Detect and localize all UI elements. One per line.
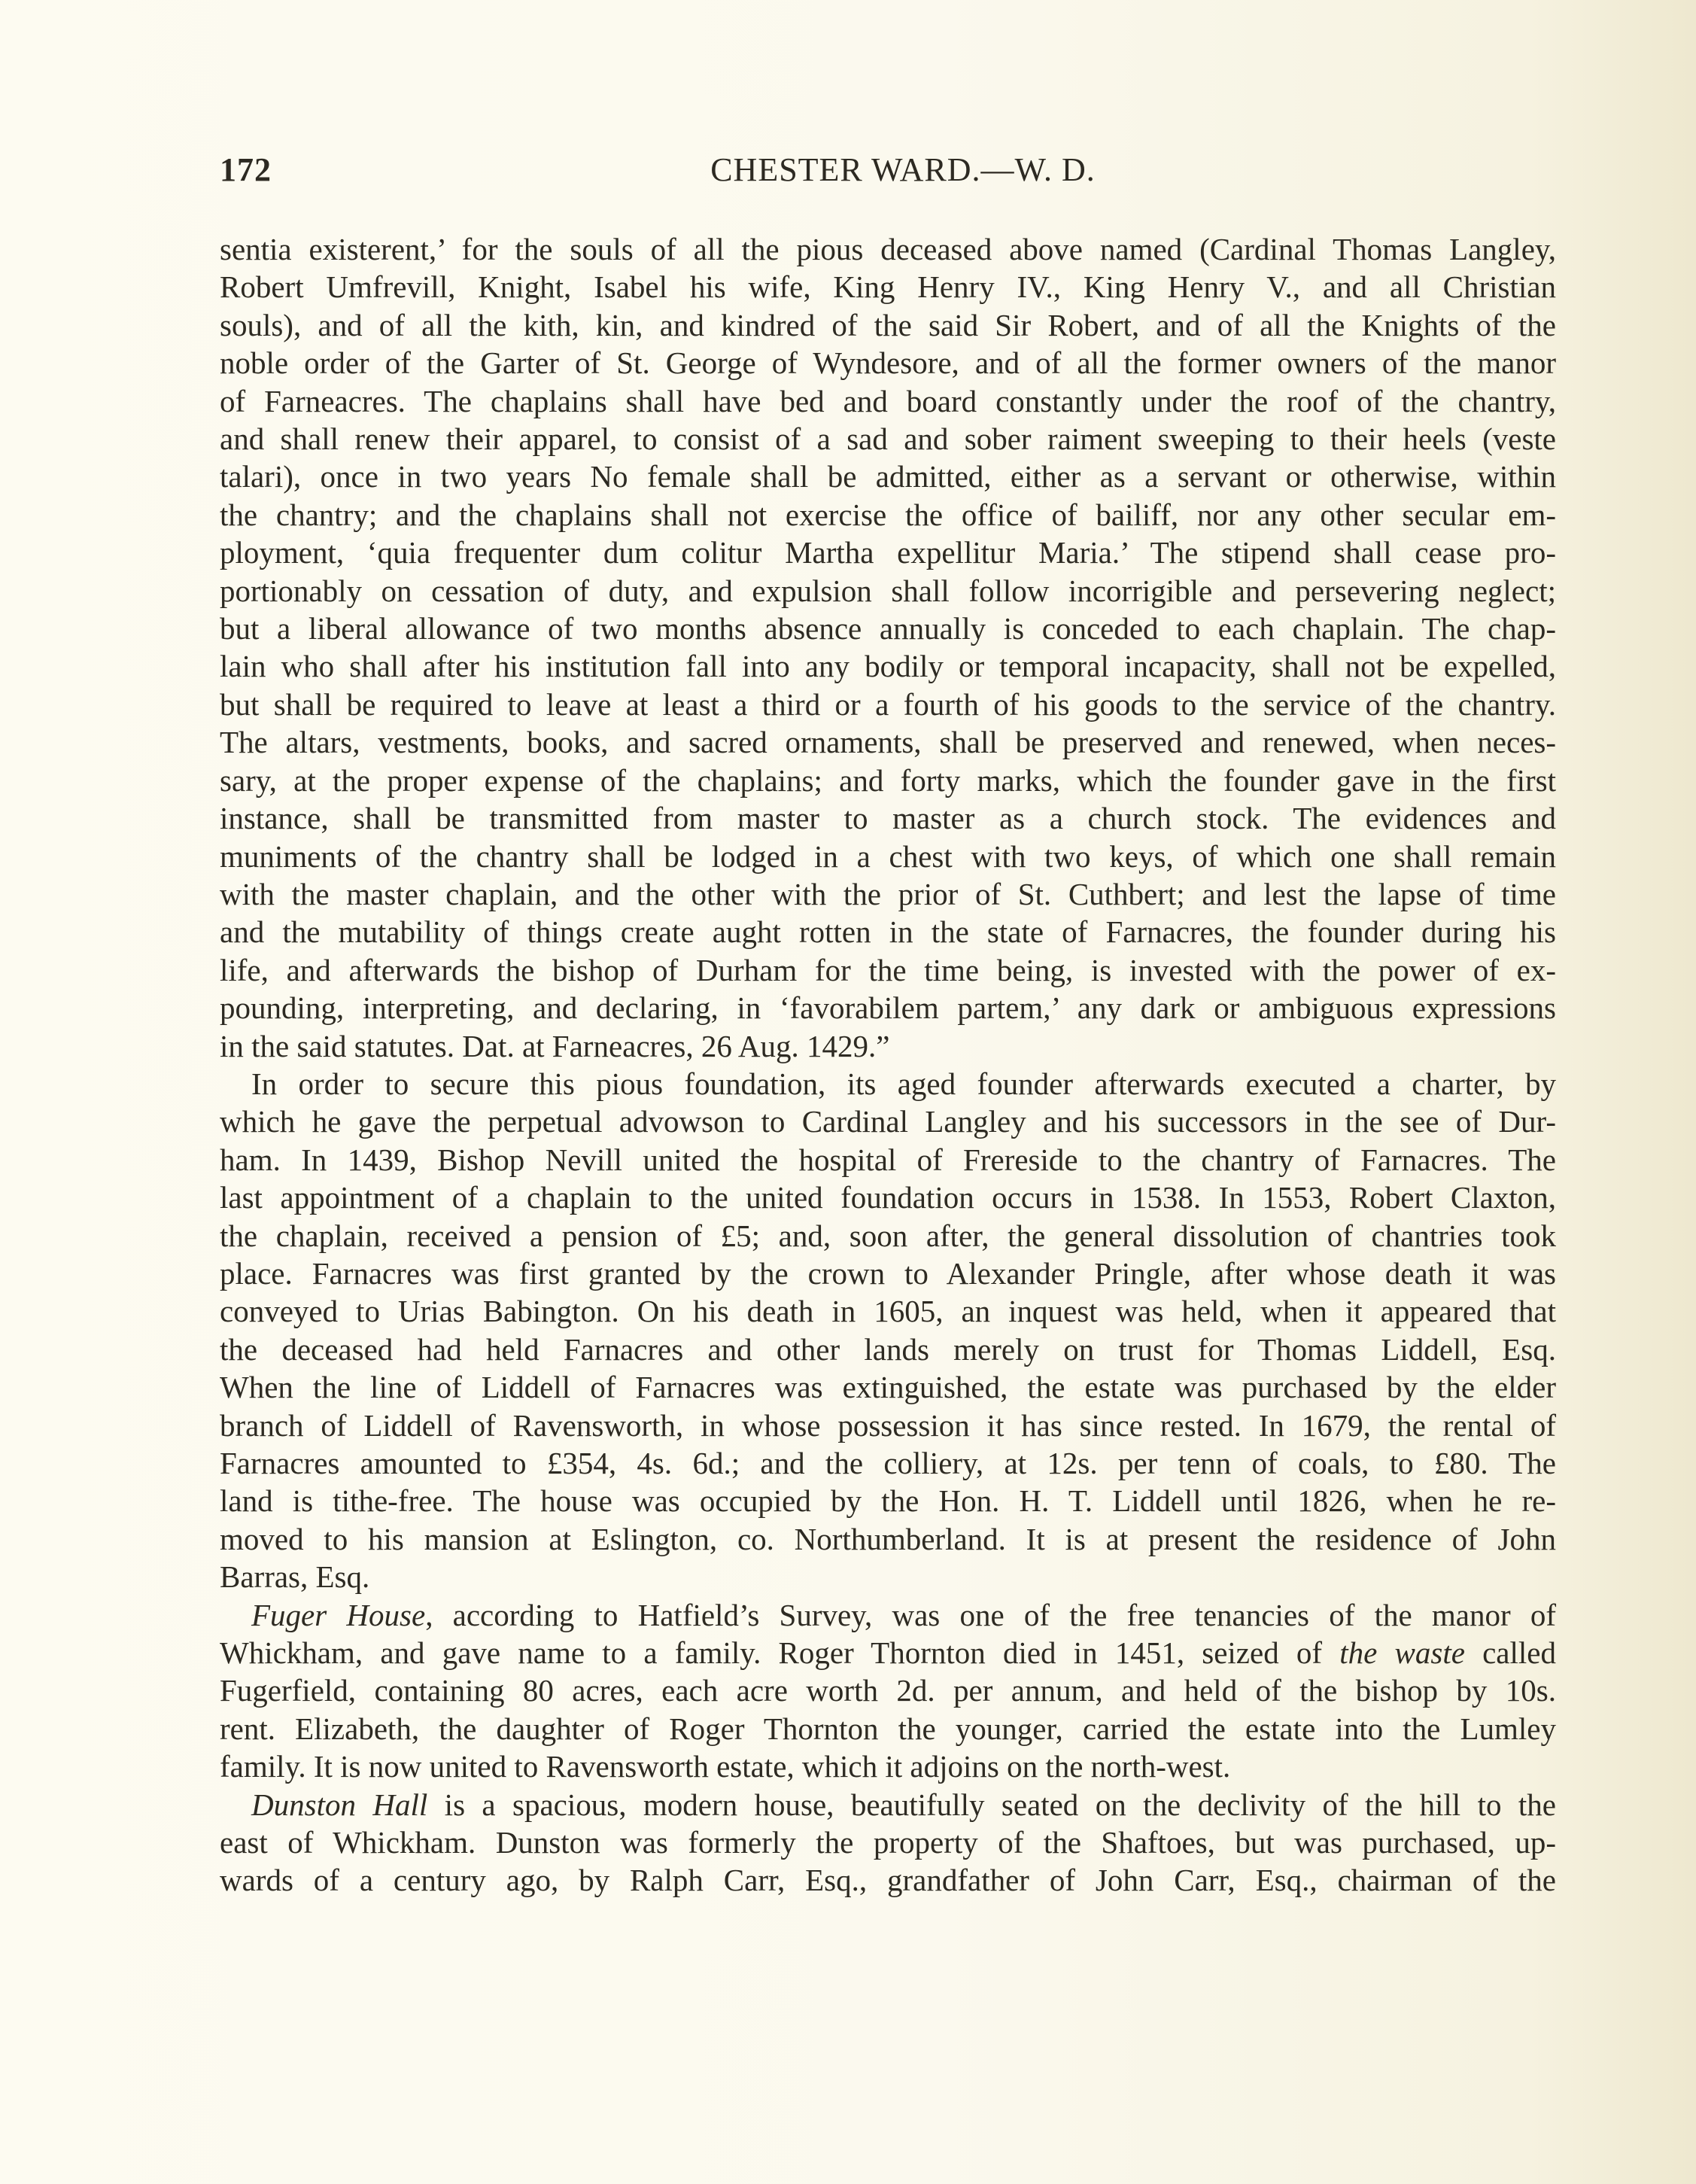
text-line: ham. In 1439, Bishop Nevill united the h… (220, 1141, 1556, 1179)
text-line: portionably on cessation of duty, and ex… (220, 572, 1556, 610)
text-line: muniments of the chantry shall be lodged… (220, 838, 1556, 875)
text-line: Barras, Esq. (220, 1558, 1556, 1595)
text-line: the chaplain, received a pension of £5; … (220, 1217, 1556, 1255)
italic-term: the waste (1339, 1635, 1465, 1670)
text-line: the deceased had held Farnacres and othe… (220, 1331, 1556, 1368)
text-line: souls), and of all the kith, kin, and ki… (220, 306, 1556, 344)
italic-place-name: Fuger House (251, 1598, 425, 1632)
paragraph-fuger-house: Fuger House, according to Hatfield’s Sur… (220, 1596, 1556, 1786)
text-line: life, and afterwards the bishop of Durha… (220, 951, 1556, 989)
text-line: in the said statutes. Dat. at Farneacres… (220, 1027, 1556, 1065)
text-line: which he gave the perpetual advowson to … (220, 1103, 1556, 1140)
text-line: east of Whickham. Dunston was formerly t… (220, 1824, 1556, 1861)
text-line: Farnacres amounted to £354, 4s. 6d.; and… (220, 1444, 1556, 1482)
text-line: noble order of the Garter of St. George … (220, 344, 1556, 382)
text-line: conveyed to Urias Babington. On his deat… (220, 1292, 1556, 1330)
text-line: moved to his mansion at Eslington, co. N… (220, 1520, 1556, 1558)
text-line: rent. Elizabeth, the daughter of Roger T… (220, 1710, 1556, 1748)
text-line: but a liberal allowance of two months ab… (220, 610, 1556, 647)
body-text: sentia existerent,’ for the souls of all… (220, 230, 1556, 1900)
text-line: sentia existerent,’ for the souls of all… (220, 230, 1556, 268)
book-page: 172 CHESTER WARD.—W. D. sentia existeren… (0, 0, 1696, 2184)
text-line: Robert Umfrevill, Knight, Isabel his wif… (220, 268, 1556, 306)
text-line: place. Farnacres was first granted by th… (220, 1255, 1556, 1292)
text-line: pounding, interpreting, and declaring, i… (220, 989, 1556, 1027)
text-line: Fugerfield, containing 80 acres, each ac… (220, 1671, 1556, 1709)
text-line: branch of Liddell of Ravensworth, in who… (220, 1407, 1556, 1444)
text-line: and the mutability of things create augh… (220, 913, 1556, 951)
text-line: of Farneacres. The chaplains shall have … (220, 382, 1556, 420)
text-line: Fuger House, according to Hatfield’s Sur… (220, 1596, 1556, 1634)
italic-place-name: Dunston Hall (251, 1787, 427, 1822)
text-line: instance, shall be transmitted from mast… (220, 799, 1556, 837)
text-line: When the line of Liddell of Farnacres wa… (220, 1368, 1556, 1406)
text-line: the chantry; and the chaplains shall not… (220, 496, 1556, 534)
running-title: CHESTER WARD.—W. D. (220, 151, 1556, 189)
text-line: land is tithe-free. The house was occupi… (220, 1482, 1556, 1519)
text-line: sary, at the proper expense of the chapl… (220, 762, 1556, 799)
text-line: The altars, vestments, books, and sacred… (220, 723, 1556, 761)
text-line: lain who shall after his institution fal… (220, 647, 1556, 685)
paragraph-dunston-hall: Dunston Hall is a spacious, modern house… (220, 1786, 1556, 1900)
running-head: 172 CHESTER WARD.—W. D. (220, 151, 1556, 196)
text-line: last appointment of a chaplain to the un… (220, 1179, 1556, 1216)
text-line: ployment, ‘quia frequenter dum colitur M… (220, 534, 1556, 571)
text-line: wards of a century ago, by Ralph Carr, E… (220, 1861, 1556, 1899)
text-line: and shall renew their apparel, to consis… (220, 420, 1556, 458)
text-line: talari), once in two years No female sha… (220, 458, 1556, 495)
paragraph-farnacres: In order to secure this pious foundation… (220, 1065, 1556, 1596)
text-line: with the master chaplain, and the other … (220, 875, 1556, 913)
paragraph-statutes: sentia existerent,’ for the souls of all… (220, 230, 1556, 1065)
text-line: Dunston Hall is a spacious, modern house… (220, 1786, 1556, 1824)
text-line: In order to secure this pious foundation… (220, 1065, 1556, 1103)
text-line: family. It is now united to Ravensworth … (220, 1748, 1556, 1785)
text-line: Whickham, and gave name to a family. Rog… (220, 1634, 1556, 1671)
text-line: but shall be required to leave at least … (220, 686, 1556, 723)
